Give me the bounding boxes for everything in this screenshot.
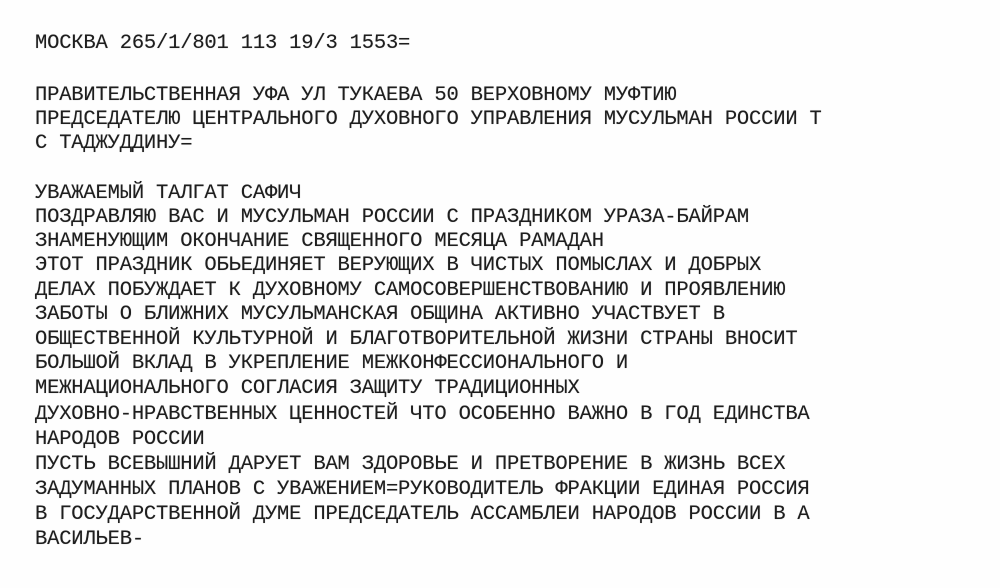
body-line: МЕЖНАЦИОНАЛЬНОГО СОГЛАСИЯ ЗАЩИТУ ТРАДИЦИ… [35,377,580,401]
body-line: НАРОДОВ РОССИИ [35,428,204,452]
body-line: ОБЩЕСТВЕННОЙ КУЛЬТУРНОЙ И БЛАГОТВОРИТЕЛЬ… [35,328,797,352]
body-line: ЭТОТ ПРАЗДНИК ОБЬЕДИНЯЕТ ВЕРУЮЩИХ В ЧИСТ… [35,254,761,278]
address-line: ПРАВИТЕЛЬСТВЕННАЯ УФА УЛ ТУКАЕВА 50 ВЕРХ… [35,84,676,108]
greeting-line: УВАЖАЕМЫЙ ТАЛГАТ САФИЧ [35,182,301,206]
telegram-header: МОСКВА 265/1/801 113 19/3 1553= [35,32,410,56]
body-line: ЗАДУМАННЫХ ПЛАНОВ С УВАЖЕНИЕМ=РУКОВОДИТЕ… [35,478,810,502]
body-line: БОЛЬШОЙ ВКЛАД В УКРЕПЛЕНИЕ МЕЖКОНФЕССИОН… [35,352,628,376]
signature-line: ВАСИЛЬЕВ- [35,528,144,552]
body-line: ДЕЛАХ ПОБУЖДАЕТ К ДУХОВНОМУ САМОСОВЕРШЕН… [35,279,785,303]
body-line: В ГОСУДАРСТВЕННОЙ ДУМЕ ПРЕДСЕДАТЕЛЬ АССА… [35,503,810,527]
body-line: ПУСТЬ ВСЕВЫШНИЙ ДАРУЕТ ВАМ ЗДОРОВЬЕ И ПР… [35,453,785,477]
telegram-page: МОСКВА 265/1/801 113 19/3 1553= ПРАВИТЕЛ… [0,0,1000,588]
address-line: С ТАДЖУДДИНУ= [35,132,192,156]
body-line: ЗАБОТЫ О БЛИЖНИХ МУСУЛЬМАНСКАЯ ОБЩИНА АК… [35,303,725,327]
address-line: ПРЕДСЕДАТЕЛЮ ЦЕНТРАЛЬНОГО ДУХОВНОГО УПРА… [35,108,822,132]
body-line: ДУХОВНО-НРАВСТВЕННЫХ ЦЕННОСТЕЙ ЧТО ОСОБЕ… [35,403,810,427]
body-line: ЗНАМЕНУЮЩИМ ОКОНЧАНИЕ СВЯЩЕННОГО МЕСЯЦА … [35,230,604,254]
body-line: ПОЗДРАВЛЯЮ ВАС И МУСУЛЬМАН РОССИИ С ПРАЗ… [35,206,749,230]
